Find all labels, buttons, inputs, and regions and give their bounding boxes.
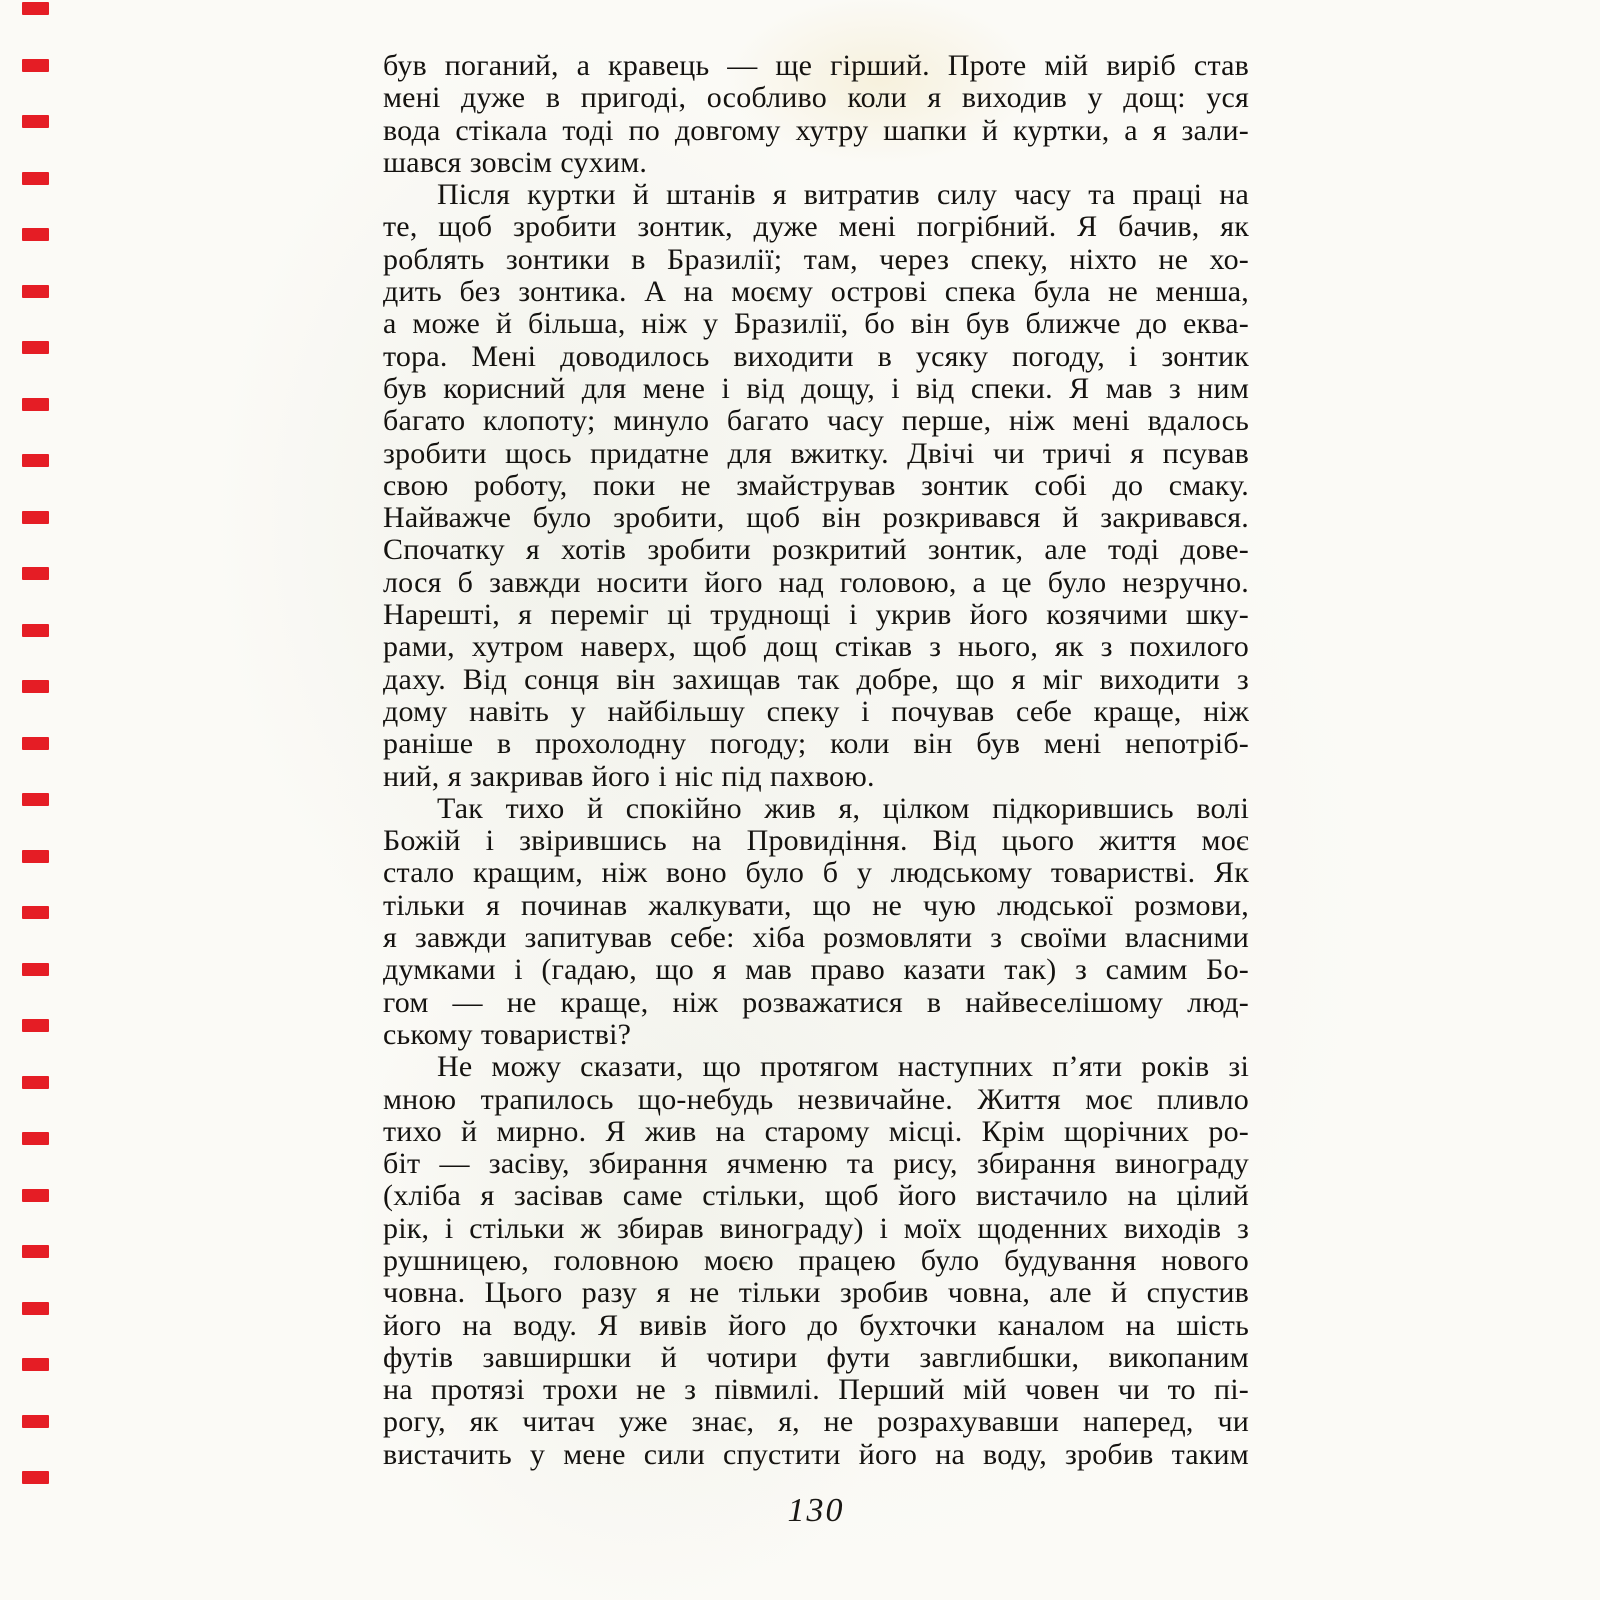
text-line: рік, і стільки ж збирав винограду) і мої… [383, 1213, 1249, 1245]
page-number: 130 [383, 1492, 1249, 1530]
red-edge-mark [22, 172, 49, 185]
red-edge-mark [22, 115, 49, 128]
red-edge-mark [22, 398, 49, 411]
text-line: дому навіть у найбільшу спеку і почував … [383, 696, 1249, 728]
red-edge-mark [22, 906, 49, 919]
text-line: рогу, як читач уже знає, я, не розрахува… [383, 1406, 1249, 1438]
text-line: був корисний для мене і від дощу, і від … [383, 373, 1249, 405]
text-line: даху. Від сонця він захищав так добре, щ… [383, 664, 1249, 696]
red-edge-mark [22, 1358, 49, 1371]
text-line: рами, хутром наверх, щоб дощ стікав з нь… [383, 631, 1249, 663]
text-line: ний, я закривав його і ніс під пахвою. [383, 761, 1249, 793]
red-edge-mark [22, 341, 49, 354]
text-line: ському товаристві? [383, 1019, 1249, 1051]
page-text: був поганий, а кравець — ще гірший. Прот… [383, 50, 1249, 1471]
text-line: (хліба я засівав саме стільки, щоб його … [383, 1180, 1249, 1212]
text-line: тільки я починав жалкувати, що не чую лю… [383, 890, 1249, 922]
text-line: вода стікала тоді по довгому хутру шапки… [383, 115, 1249, 147]
text-line: свою роботу, поки не змайстрував зонтик … [383, 470, 1249, 502]
text-line: зробити щось придатне для вжитку. Двічі … [383, 438, 1249, 470]
text-line: рушницею, головною моєю працею було буду… [383, 1245, 1249, 1277]
text-line: був поганий, а кравець — ще гірший. Прот… [383, 50, 1249, 82]
red-edge-mark [22, 59, 49, 72]
text-line: раніше в прохолодну погоду; коли він був… [383, 728, 1249, 760]
text-line: футів завширшки й чотири фути завглибшки… [383, 1342, 1249, 1374]
text-line: стало кращим, ніж воно було б у людськом… [383, 857, 1249, 889]
red-edge-mark [22, 793, 49, 806]
text-line: гом — не краще, ніж розважатися в найвес… [383, 987, 1249, 1019]
red-edge-mark [22, 2, 49, 15]
red-edge-mark [22, 285, 49, 298]
text-line: дить без зонтика. А на моєму острові спе… [383, 276, 1249, 308]
red-edge-mark [22, 1245, 49, 1258]
red-edge-mark [22, 1415, 49, 1428]
red-edge-mark [22, 1302, 49, 1315]
text-line: Так тихо й спокійно жив я, цілком підкор… [383, 793, 1249, 825]
red-edge-mark [22, 567, 49, 580]
text-line: на протязі трохи не з півмилі. Перший мі… [383, 1374, 1249, 1406]
text-line: тихо й мирно. Я жив на старому місці. Кр… [383, 1116, 1249, 1148]
red-edge-mark [22, 680, 49, 693]
book-page: був поганий, а кравець — ще гірший. Прот… [0, 0, 1600, 1600]
text-line: мною трапилось що-небудь незвичайне. Жит… [383, 1084, 1249, 1116]
text-line: лося б завжди носити його над головою, а… [383, 567, 1249, 599]
text-line: його на воду. Я вивів його до бухточки к… [383, 1310, 1249, 1342]
text-line: роблять зонтики в Бразилії; там, через с… [383, 244, 1249, 276]
red-edge-mark [22, 1019, 49, 1032]
text-line: а може й більша, ніж у Бразилії, бо він … [383, 308, 1249, 340]
red-edge-mark [22, 1189, 49, 1202]
text-line: біт — засіву, збирання ячменю та рису, з… [383, 1148, 1249, 1180]
text-line: вистачить у мене сили спустити його на в… [383, 1439, 1249, 1471]
text-line: я завжди запитував себе: хіба розмовляти… [383, 922, 1249, 954]
red-edge-mark [22, 454, 49, 467]
text-line: думками і (гадаю, що я мав право казати … [383, 954, 1249, 986]
red-edge-mark [22, 1132, 49, 1145]
text-line: Спочатку я хотів зробити розкритий зонти… [383, 534, 1249, 566]
red-edge-mark [22, 624, 49, 637]
red-edge-marks [0, 0, 70, 1600]
text-line: човна. Цього разу я не тільки зробив чов… [383, 1277, 1249, 1309]
text-line: шався зовсім сухим. [383, 147, 1249, 179]
text-line: тора. Мені доводилось виходити в усяку п… [383, 341, 1249, 373]
text-line: Божій і звірившись на Провидіння. Від ць… [383, 825, 1249, 857]
red-edge-mark [22, 228, 49, 241]
text-line: мені дуже в пригоді, особливо коли я вих… [383, 82, 1249, 114]
red-edge-mark [22, 511, 49, 524]
red-edge-mark [22, 850, 49, 863]
text-line: Після куртки й штанів я витратив силу ча… [383, 179, 1249, 211]
red-edge-mark [22, 737, 49, 750]
text-line: багато клопоту; минуло багато часу перше… [383, 405, 1249, 437]
red-edge-mark [22, 1076, 49, 1089]
text-line: Не можу сказати, що протягом наступних п… [383, 1051, 1249, 1083]
text-line: Нарешті, я переміг ці труднощі і укрив й… [383, 599, 1249, 631]
red-edge-mark [22, 963, 49, 976]
text-line: Найважче було зробити, щоб він розкривав… [383, 502, 1249, 534]
red-edge-mark [22, 1471, 49, 1484]
text-line: те, щоб зробити зонтик, дуже мені погріб… [383, 211, 1249, 243]
